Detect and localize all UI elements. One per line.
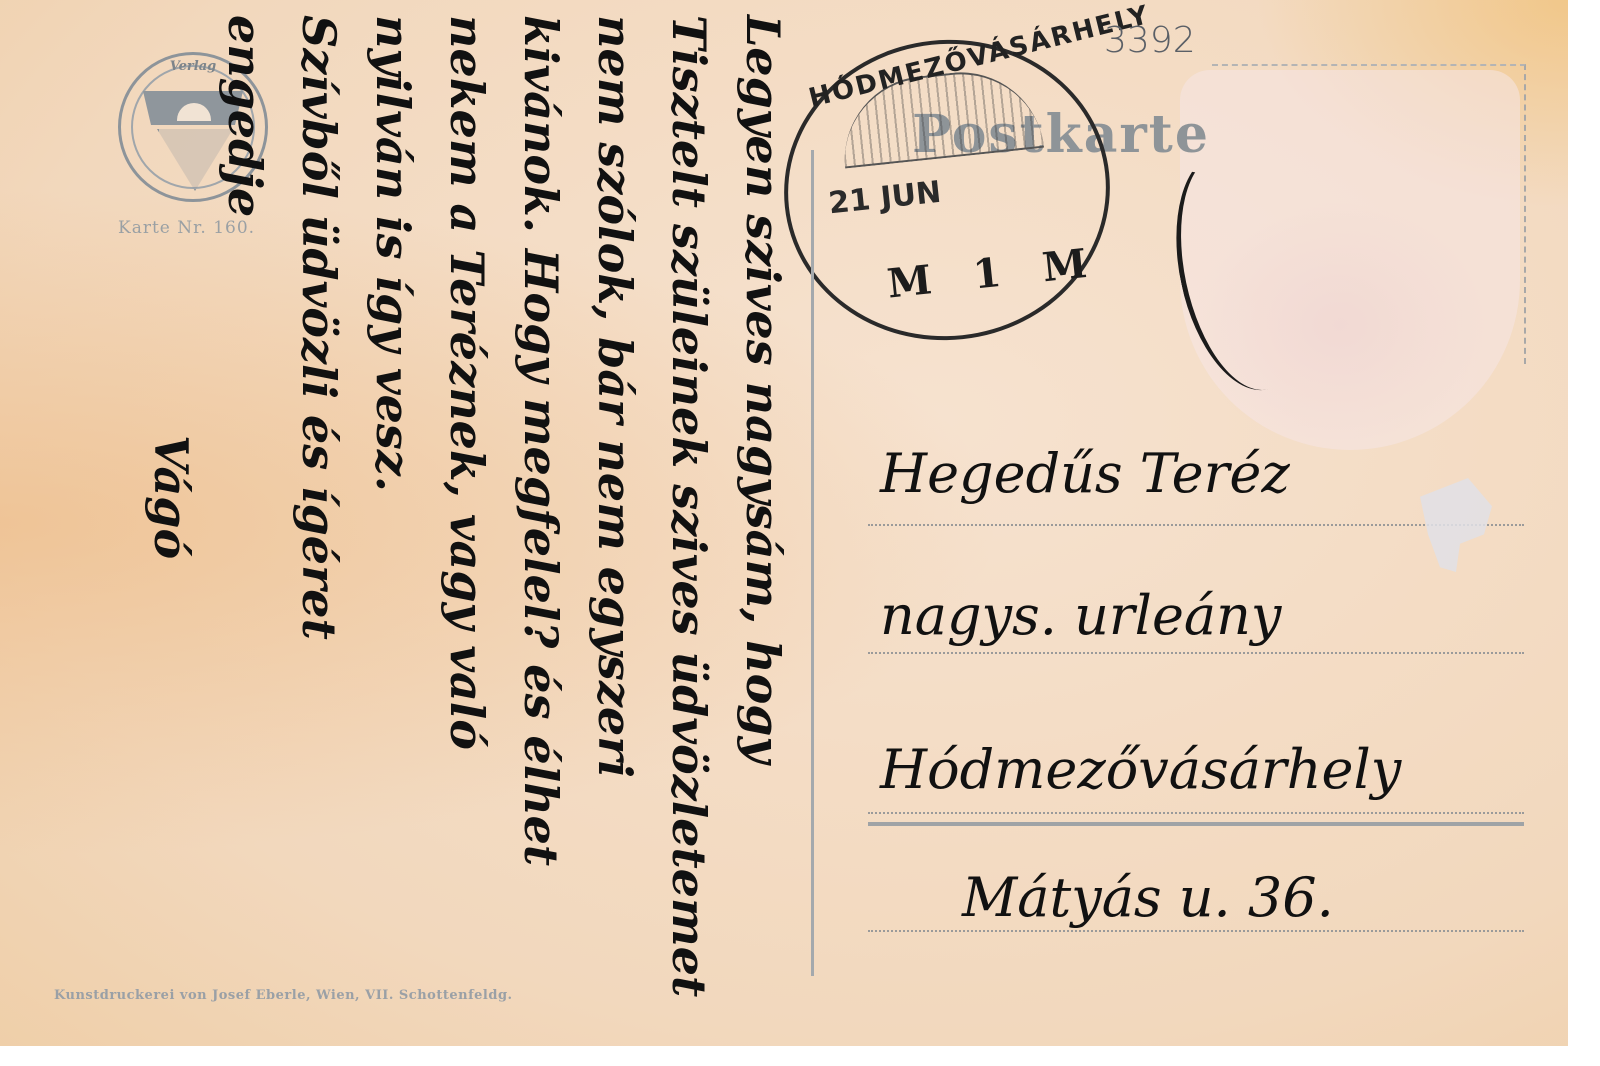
message-line: Tisztelt szüleinek szives üdvözletemet [652,15,726,975]
city-underline [868,822,1524,826]
address-rule [868,930,1524,932]
message-line: kivánok. Hogy megfelel? és élhet [504,15,578,975]
archive-number: 3392 [1104,20,1196,61]
scan-margin-right [1568,0,1600,1066]
message-line: nekem a Teréznek, vagy való [430,15,504,975]
message-line: Legyen szives nagysám, hogy [726,15,800,975]
address-rule [868,524,1524,526]
address-name: Hegedűs Teréz [880,442,1290,505]
address-title: nagys. urleány [880,584,1281,647]
message-line: nem szólok, bár nem egyszeri [578,15,652,975]
address-city: Hódmezővásárhely [880,738,1401,801]
message-line: nyilván is így vesz. [356,15,430,975]
message-line: engedje [208,15,282,975]
handwritten-message: Legyen szives nagysám, hogy Tisztelt szü… [40,15,800,975]
postmark-date: 21 JUN [827,175,943,222]
message-line: Szívből üdvözli és ígéret [282,15,356,975]
signature: Vágó [134,15,208,975]
printer-imprint: Kunstdruckerei von Josef Eberle, Wien, V… [54,988,513,1003]
center-divider [811,150,814,976]
address-street: Mátyás u. 36. [962,866,1334,929]
address-rule [868,652,1524,654]
scan-margin-bottom [0,1046,1600,1066]
address-rule [868,812,1524,814]
